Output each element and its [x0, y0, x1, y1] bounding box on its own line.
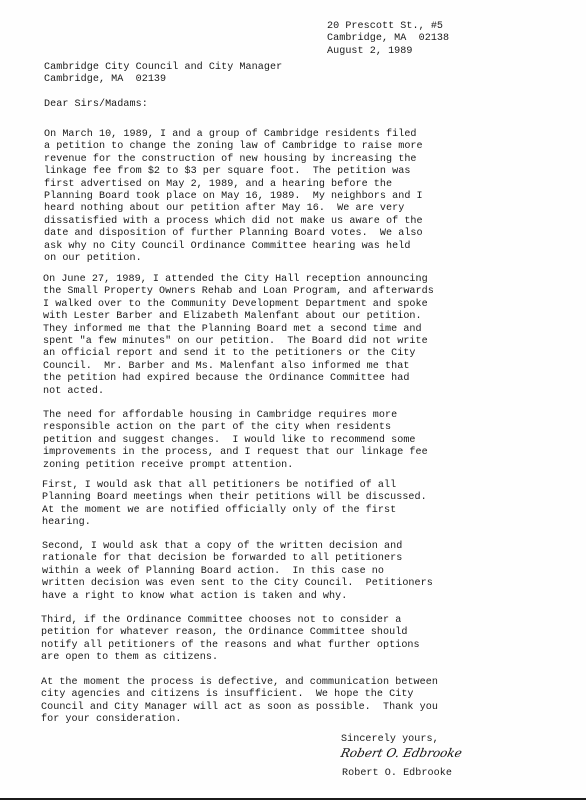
handwritten-signature: Robert O. Edbrooke: [340, 746, 464, 760]
text-line: revenue for the construction of new hous…: [44, 154, 423, 166]
text-line: an official report and send it to the pe…: [43, 348, 434, 360]
text-line: First, I would ask that all petitioners …: [42, 480, 427, 492]
letter-date: August 2, 1989: [327, 46, 449, 58]
text-line: are open to them as citizens.: [41, 652, 420, 664]
text-line: date and disposition of further Planning…: [44, 228, 423, 240]
closing: Sincerely yours,: [341, 734, 439, 746]
text-line: The need for affordable housing in Cambr…: [43, 410, 428, 422]
text-line: I walked over to the Community Developme…: [43, 299, 434, 311]
text-line: hearing.: [42, 517, 427, 529]
text-line: city agencies and citizens is insufficie…: [41, 689, 438, 701]
text-line: heard nothing about our petition after M…: [44, 203, 423, 215]
text-line: on our petition.: [44, 253, 423, 265]
text-line: On March 10, 1989, I and a group of Camb…: [44, 129, 423, 141]
recipient-city: Cambridge, MA 02139: [44, 74, 282, 86]
text-line: within a week of Planning Board action. …: [42, 566, 433, 578]
recipient-name: Cambridge City Council and City Manager: [44, 62, 282, 74]
text-line: for your consideration.: [41, 714, 438, 726]
paragraph-4: First, I would ask that all petitioners …: [42, 480, 427, 530]
text-line: dissatisfied with a process which did no…: [44, 216, 423, 228]
text-line: On June 27, 1989, I attended the City Ha…: [43, 274, 434, 286]
text-line: spent "a few minutes" on our petition. T…: [43, 336, 434, 348]
text-line: Council. Mr. Barber and Ms. Malenfant al…: [43, 361, 434, 373]
paragraph-3: The need for affordable housing in Cambr…: [43, 410, 428, 472]
text-line: a petition to change the zoning law of C…: [44, 141, 423, 153]
text-line: Second, I would ask that a copy of the w…: [42, 541, 433, 553]
text-line: rationale for that decision be forwarded…: [42, 553, 433, 565]
closing-text: Sincerely yours,: [341, 734, 439, 746]
text-line: At the moment the process is defective, …: [41, 677, 438, 689]
text-line: ask why no City Council Ordinance Commit…: [44, 241, 423, 253]
paragraph-1: On March 10, 1989, I and a group of Camb…: [44, 129, 423, 265]
text-line: improvements in the process, and I reque…: [43, 447, 428, 459]
text-line: written decision was even sent to the Ci…: [42, 578, 433, 590]
text-line: not acted.: [43, 386, 434, 398]
text-line: the Small Property Owners Rehab and Loan…: [43, 286, 434, 298]
text-line: first advertised on May 2, 1989, and a h…: [44, 179, 423, 191]
text-line: the petition had expired because the Ord…: [43, 373, 434, 385]
paragraph-7: At the moment the process is defective, …: [41, 677, 438, 727]
letter-page: 20 Prescott St., #5 Cambridge, MA 02138 …: [0, 0, 586, 800]
text-line: petition and suggest changes. I would li…: [43, 435, 428, 447]
text-line: Council and City Manager will act as soo…: [41, 702, 438, 714]
text-line: notify all petitioners of the reasons an…: [41, 640, 420, 652]
text-line: have a right to know what action is take…: [42, 591, 433, 603]
text-line: At the moment we are notified officially…: [42, 505, 427, 517]
salutation: Dear Sirs/Madams:: [44, 99, 148, 111]
text-line: Planning Board meetings when their petit…: [42, 492, 427, 504]
text-line: zoning petition receive prompt attention…: [43, 460, 428, 472]
text-line: with Lester Barber and Elizabeth Malenfa…: [43, 311, 434, 323]
text-line: Planning Board took place on May 16, 198…: [44, 191, 423, 203]
typed-name-text: Robert O. Edbrooke: [342, 768, 452, 780]
text-line: responsible action on the part of the ci…: [43, 422, 428, 434]
paragraph-5: Second, I would ask that a copy of the w…: [42, 541, 433, 603]
typed-name: Robert O. Edbrooke: [342, 768, 452, 780]
salutation-text: Dear Sirs/Madams:: [44, 99, 148, 111]
return-city: Cambridge, MA 02138: [327, 33, 449, 45]
return-address: 20 Prescott St., #5 Cambridge, MA 02138 …: [327, 21, 449, 58]
text-line: petition for whatever reason, the Ordina…: [41, 627, 420, 639]
text-line: Third, if the Ordinance Committee choose…: [41, 615, 420, 627]
recipient-address: Cambridge City Council and City Manager …: [44, 62, 282, 87]
text-line: They informed me that the Planning Board…: [43, 324, 434, 336]
paragraph-6: Third, if the Ordinance Committee choose…: [41, 615, 420, 665]
paragraph-2: On June 27, 1989, I attended the City Ha…: [43, 274, 434, 398]
text-line: linkage fee from $2 to $3 per square foo…: [44, 166, 423, 178]
return-street: 20 Prescott St., #5: [327, 21, 449, 33]
